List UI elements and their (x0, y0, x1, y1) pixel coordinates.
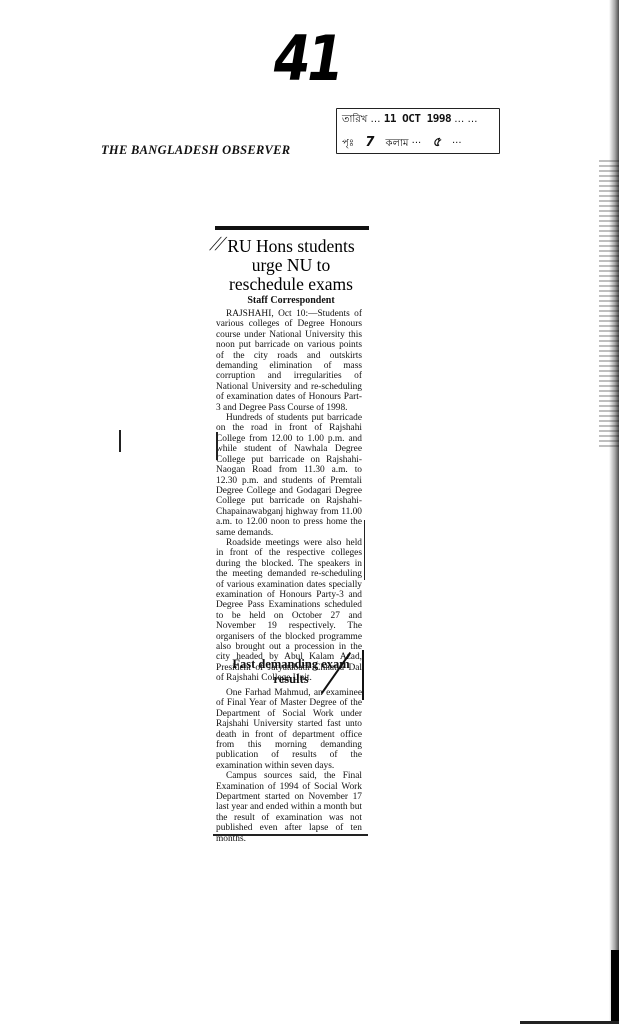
article-byline: Staff Correspondent (216, 295, 366, 306)
margin-mark (216, 432, 218, 460)
article-body-part2: One Farhad Mahmud, an examinee of Final … (216, 688, 362, 844)
archive-stamp: তারিখ … 11 OCT 1998 … … পৃঃ 7 কলাম ··· ৫… (336, 108, 500, 154)
margin-mark (364, 520, 365, 580)
stamp-date-row: তারিখ … 11 OCT 1998 … … (342, 112, 477, 129)
publication-masthead: THE BANGLADESH OBSERVER (101, 143, 290, 158)
stamp-date-value: 11 OCT 1998 (384, 112, 451, 125)
clipping-bottom-edge (213, 834, 368, 836)
stamp-page-value: 7 (365, 135, 374, 150)
scan-edge-noise (599, 160, 619, 450)
pen-stroke-mark (362, 650, 364, 700)
stamp-column-label: কলাম (386, 138, 409, 149)
article-paragraph: Hundreds of students put barricade on th… (216, 413, 362, 538)
margin-mark (119, 430, 121, 452)
stamp-date-label: তারিখ (342, 114, 367, 125)
article-body-part1: RAJSHAHI, Oct 10:—Students of various co… (216, 309, 362, 684)
handwritten-page-number: 41 (274, 22, 341, 95)
article-headline: RU Hons students urge NU to reschedule e… (216, 237, 366, 294)
scan-edge-dark (611, 950, 619, 1024)
article-paragraph: RAJSHAHI, Oct 10:—Students of various co… (216, 309, 362, 413)
stamp-page-row: পৃঃ 7 কলাম ··· ৫ ··· (342, 133, 462, 154)
scan-edge-shadow (609, 0, 619, 1024)
article-paragraph: One Farhad Mahmud, an examinee of Final … (216, 688, 362, 771)
clipping-top-rule (215, 226, 369, 230)
stamp-column-value: ৫ (432, 135, 440, 150)
stamp-page-label: পৃঃ (342, 138, 354, 149)
